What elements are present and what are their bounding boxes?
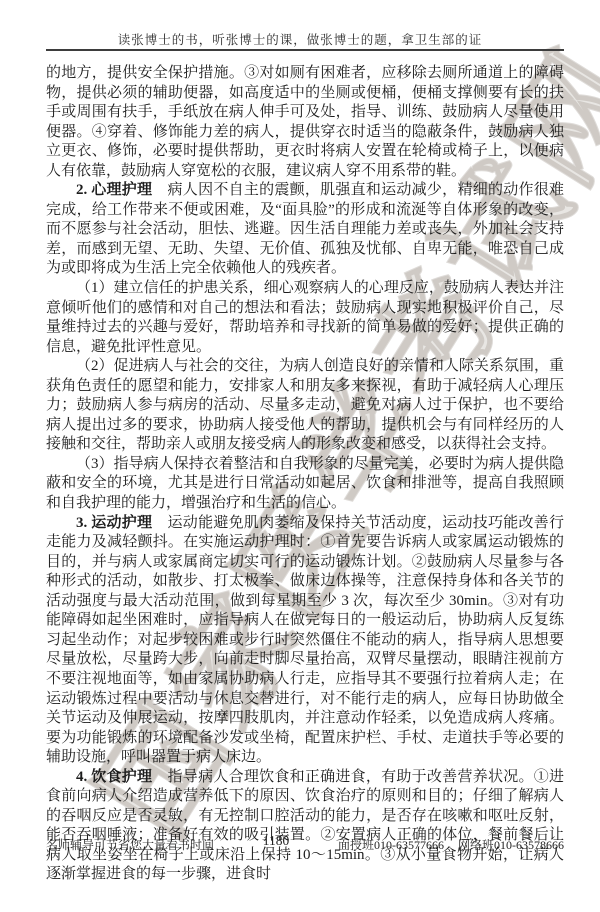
body-paragraph: （2）促进病人与社会的交往，为病人创造良好的亲情和人际关系氛围，重获角色责任的愿…: [46, 357, 564, 455]
page-body: 的地方，提供安全保护措施。③对如厕有困难者，应移除去厕所通道上的障碍物，提供必须…: [46, 64, 564, 885]
body-paragraph: （3）指导病人保持衣着整洁和自我形象的尽量完美，必要时为病人提供隐蔽和安全的环境…: [46, 455, 564, 514]
document-page: 读张博士的书，听张博士的课，做张博士的题，拿卫生部的证 国家医学考试网 的地方，…: [0, 0, 600, 912]
paragraph-text: （2）促进病人与社会的交往，为病人创造良好的亲情和人际关系氛围，重获角色责任的愿…: [46, 358, 564, 452]
paragraph-text: 运动能避免肌肉萎缩及保持关节活动度，运动技巧能改善行走能力及减轻颤抖。在实施运动…: [46, 515, 564, 766]
section-heading: 2. 心理护理: [76, 182, 152, 198]
section-heading: 3. 运动护理: [76, 515, 152, 531]
page-number: 1180: [263, 833, 290, 849]
paragraph-text: （3）指导病人保持衣着整洁和自我形象的尽量完美，必要时为病人提供隐蔽和安全的环境…: [46, 456, 564, 511]
body-paragraph: （1）建立信任的护患关系，细心观察病人的心理反应，鼓励病人表达并注意倾听他们的感…: [46, 279, 564, 357]
body-paragraph: 的地方，提供安全保护措施。③对如厕有困难者，应移除去厕所通道上的障碍物，提供必须…: [46, 64, 564, 181]
body-paragraph: 2. 心理护理 病人因不自主的震颤，肌强直和运动减少，精细的动作很难完成，给工作…: [46, 181, 564, 279]
paragraph-text: 的地方，提供安全保护措施。③对如厕有困难者，应移除去厕所通道上的障碍物，提供必须…: [46, 65, 564, 179]
section-heading: 4. 饮食护理: [76, 769, 152, 785]
header-rule: [46, 49, 564, 51]
body-paragraph: 4. 饮食护理 指导病人合理饮食和正确进食，有助于改善营养状况。①进食前向病人介…: [46, 768, 564, 885]
footer-slogan: 名师辅导可节省您大量看书时间: [46, 836, 214, 853]
paragraph-text: （1）建立信任的护患关系，细心观察病人的心理反应，鼓励病人表达并注意倾听他们的感…: [46, 280, 564, 355]
footer-phone-classroom: 面授班010-63577666: [338, 836, 444, 853]
footer-phone-online: 网络班010-63578666: [458, 836, 564, 853]
header-slogan: 读张博士的书，听张博士的课，做张博士的题，拿卫生部的证: [0, 30, 600, 48]
body-paragraph: 3. 运动护理 运动能避免肌肉萎缩及保持关节活动度，运动技巧能改善行走能力及减轻…: [46, 514, 564, 768]
footer-contacts: 面授班010-63577666 网络班010-63578666: [338, 836, 564, 853]
page-footer: 名师辅导可节省您大量看书时间 1180 面授班010-63577666 网络班0…: [46, 836, 564, 853]
paragraph-text: 指导病人合理饮食和正确进食，有助于改善营养状况。①进食前向病人介绍造成营养低下的…: [46, 769, 564, 883]
